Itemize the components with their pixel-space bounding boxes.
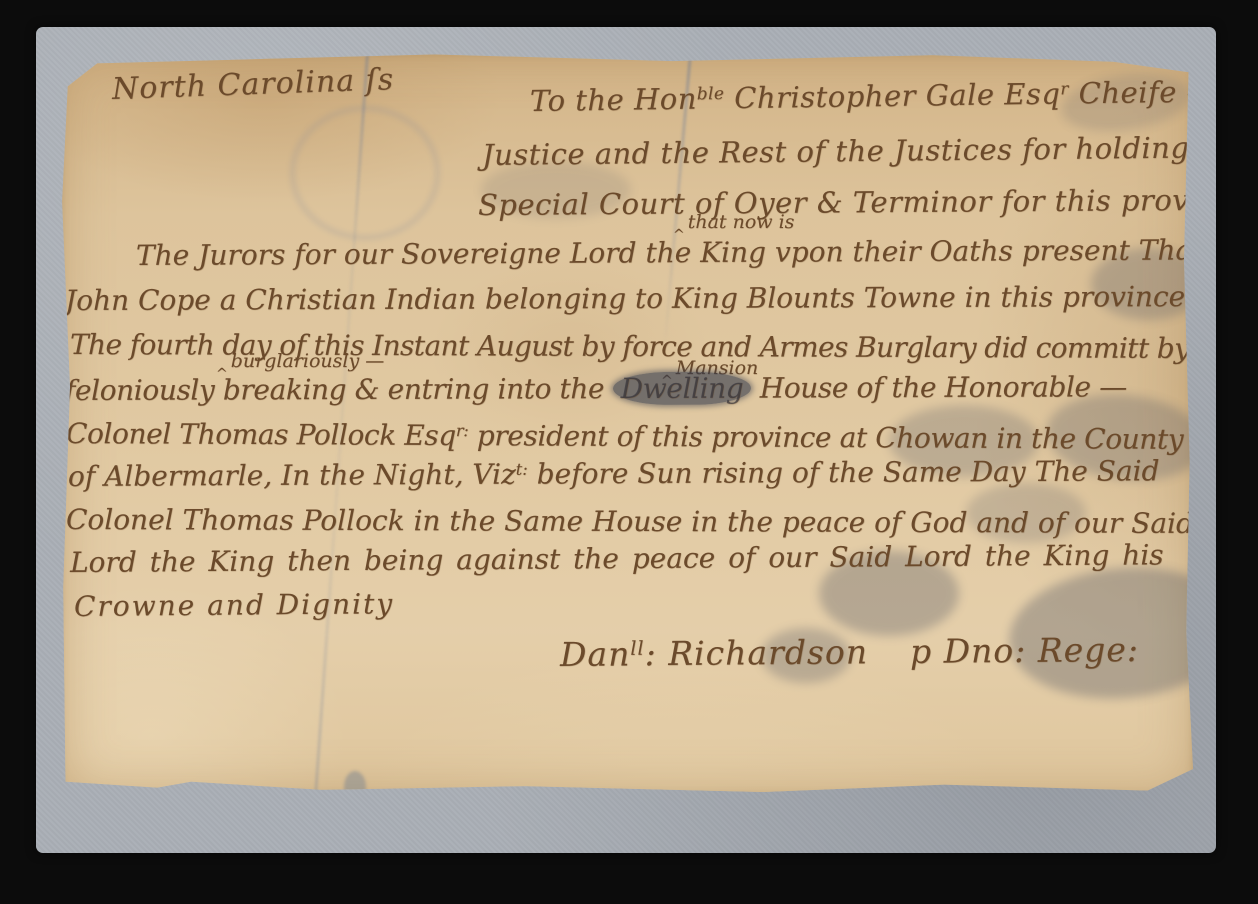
text-segment: Dan bbox=[560, 634, 631, 674]
latin-attestation: p Dno: Rege: bbox=[910, 630, 1139, 671]
address-line-3: Special Court of Oyer & Terminor for thi… bbox=[478, 183, 1253, 222]
text-segment: Crowne and Dignity bbox=[74, 587, 394, 623]
text-segment: : Richardson bbox=[644, 632, 868, 673]
text-segment: Justice and the Rest of the Justices for… bbox=[482, 130, 1257, 172]
address-line-2: Justice and the Rest of the Justices for… bbox=[482, 130, 1257, 172]
text-segment: that now is bbox=[688, 211, 795, 233]
text-segment: Cheife — bbox=[1069, 74, 1217, 110]
text-segment: House of the Honorable — bbox=[751, 370, 1127, 404]
text-segment: feloniously breaking & entring into the bbox=[65, 372, 613, 407]
paper-edge-notch bbox=[344, 771, 366, 803]
body-line-7: Colonel Thomas Pollock in the Same House… bbox=[66, 503, 1231, 540]
interlined-insertion-that-now-is: ^that now is bbox=[673, 211, 794, 233]
clerk-signature: Danll: Richardsonp Dno: Rege: bbox=[560, 630, 1139, 674]
text-segment: Colonel Thomas Pollock in the Same House… bbox=[66, 503, 1231, 540]
photo-background: North Carolina ſs To the Honble Christop… bbox=[0, 0, 1258, 904]
body-line-5: Colonel Thomas Pollock Esqr: president o… bbox=[66, 417, 1183, 456]
superscript: ble bbox=[697, 83, 725, 103]
backing-mat: North Carolina ſs To the Honble Christop… bbox=[36, 27, 1216, 853]
text-segment: Colonel Thomas Pollock Esq bbox=[66, 417, 456, 452]
text-segment: of Albermarle, In the Night, Viz bbox=[68, 458, 516, 493]
body-line-6: of Albermarle, In the Night, Vizt: befor… bbox=[68, 454, 1160, 493]
circular-stain bbox=[289, 105, 441, 241]
interlined-insertion-burglariously: ^burglariously — bbox=[216, 350, 384, 372]
struck-out-word: Dwelling bbox=[613, 372, 752, 405]
text-segment: The Jurors for our Sovereigne Lord the K… bbox=[136, 236, 775, 272]
body-line-4: feloniously breaking & entring into the … bbox=[65, 370, 1127, 407]
text-segment: Christopher Gale Esq bbox=[724, 77, 1060, 116]
superscript: t: bbox=[516, 460, 528, 479]
text-segment: Special Court of Oyer & Terminor for thi… bbox=[478, 183, 1253, 222]
text-segment: before Sun rising of the Same Day The Sa… bbox=[528, 454, 1160, 490]
text-segment: North Carolina ſs bbox=[111, 62, 394, 107]
superscript: r: bbox=[456, 421, 469, 440]
superscript: ll bbox=[630, 637, 644, 660]
body-line-8: Lord the King then being against the pea… bbox=[70, 538, 1164, 579]
text-segment: vpon their Oaths present That bbox=[775, 233, 1204, 268]
text-segment: Lord the King then being against the pea… bbox=[70, 538, 1164, 579]
text-segment: burglariously — bbox=[231, 350, 384, 372]
jurisdiction-heading: North Carolina ſs bbox=[111, 62, 394, 107]
text-segment: To the Hon bbox=[530, 82, 697, 118]
body-line-1: The Jurors for our Sovereigne Lord the K… bbox=[136, 233, 1204, 272]
body-line-2: John Cope a Christian Indian belonging t… bbox=[65, 280, 1185, 317]
text-segment: president of this province at Chowan in … bbox=[468, 419, 1183, 456]
body-line-9: Crowne and Dignity bbox=[74, 587, 394, 623]
address-line-1: To the Honble Christopher Gale Esqr Chei… bbox=[530, 74, 1217, 118]
manuscript-paper: North Carolina ſs To the Honble Christop… bbox=[61, 53, 1193, 795]
text-segment: John Cope a Christian Indian belonging t… bbox=[65, 280, 1185, 317]
superscript: r bbox=[1060, 78, 1069, 98]
